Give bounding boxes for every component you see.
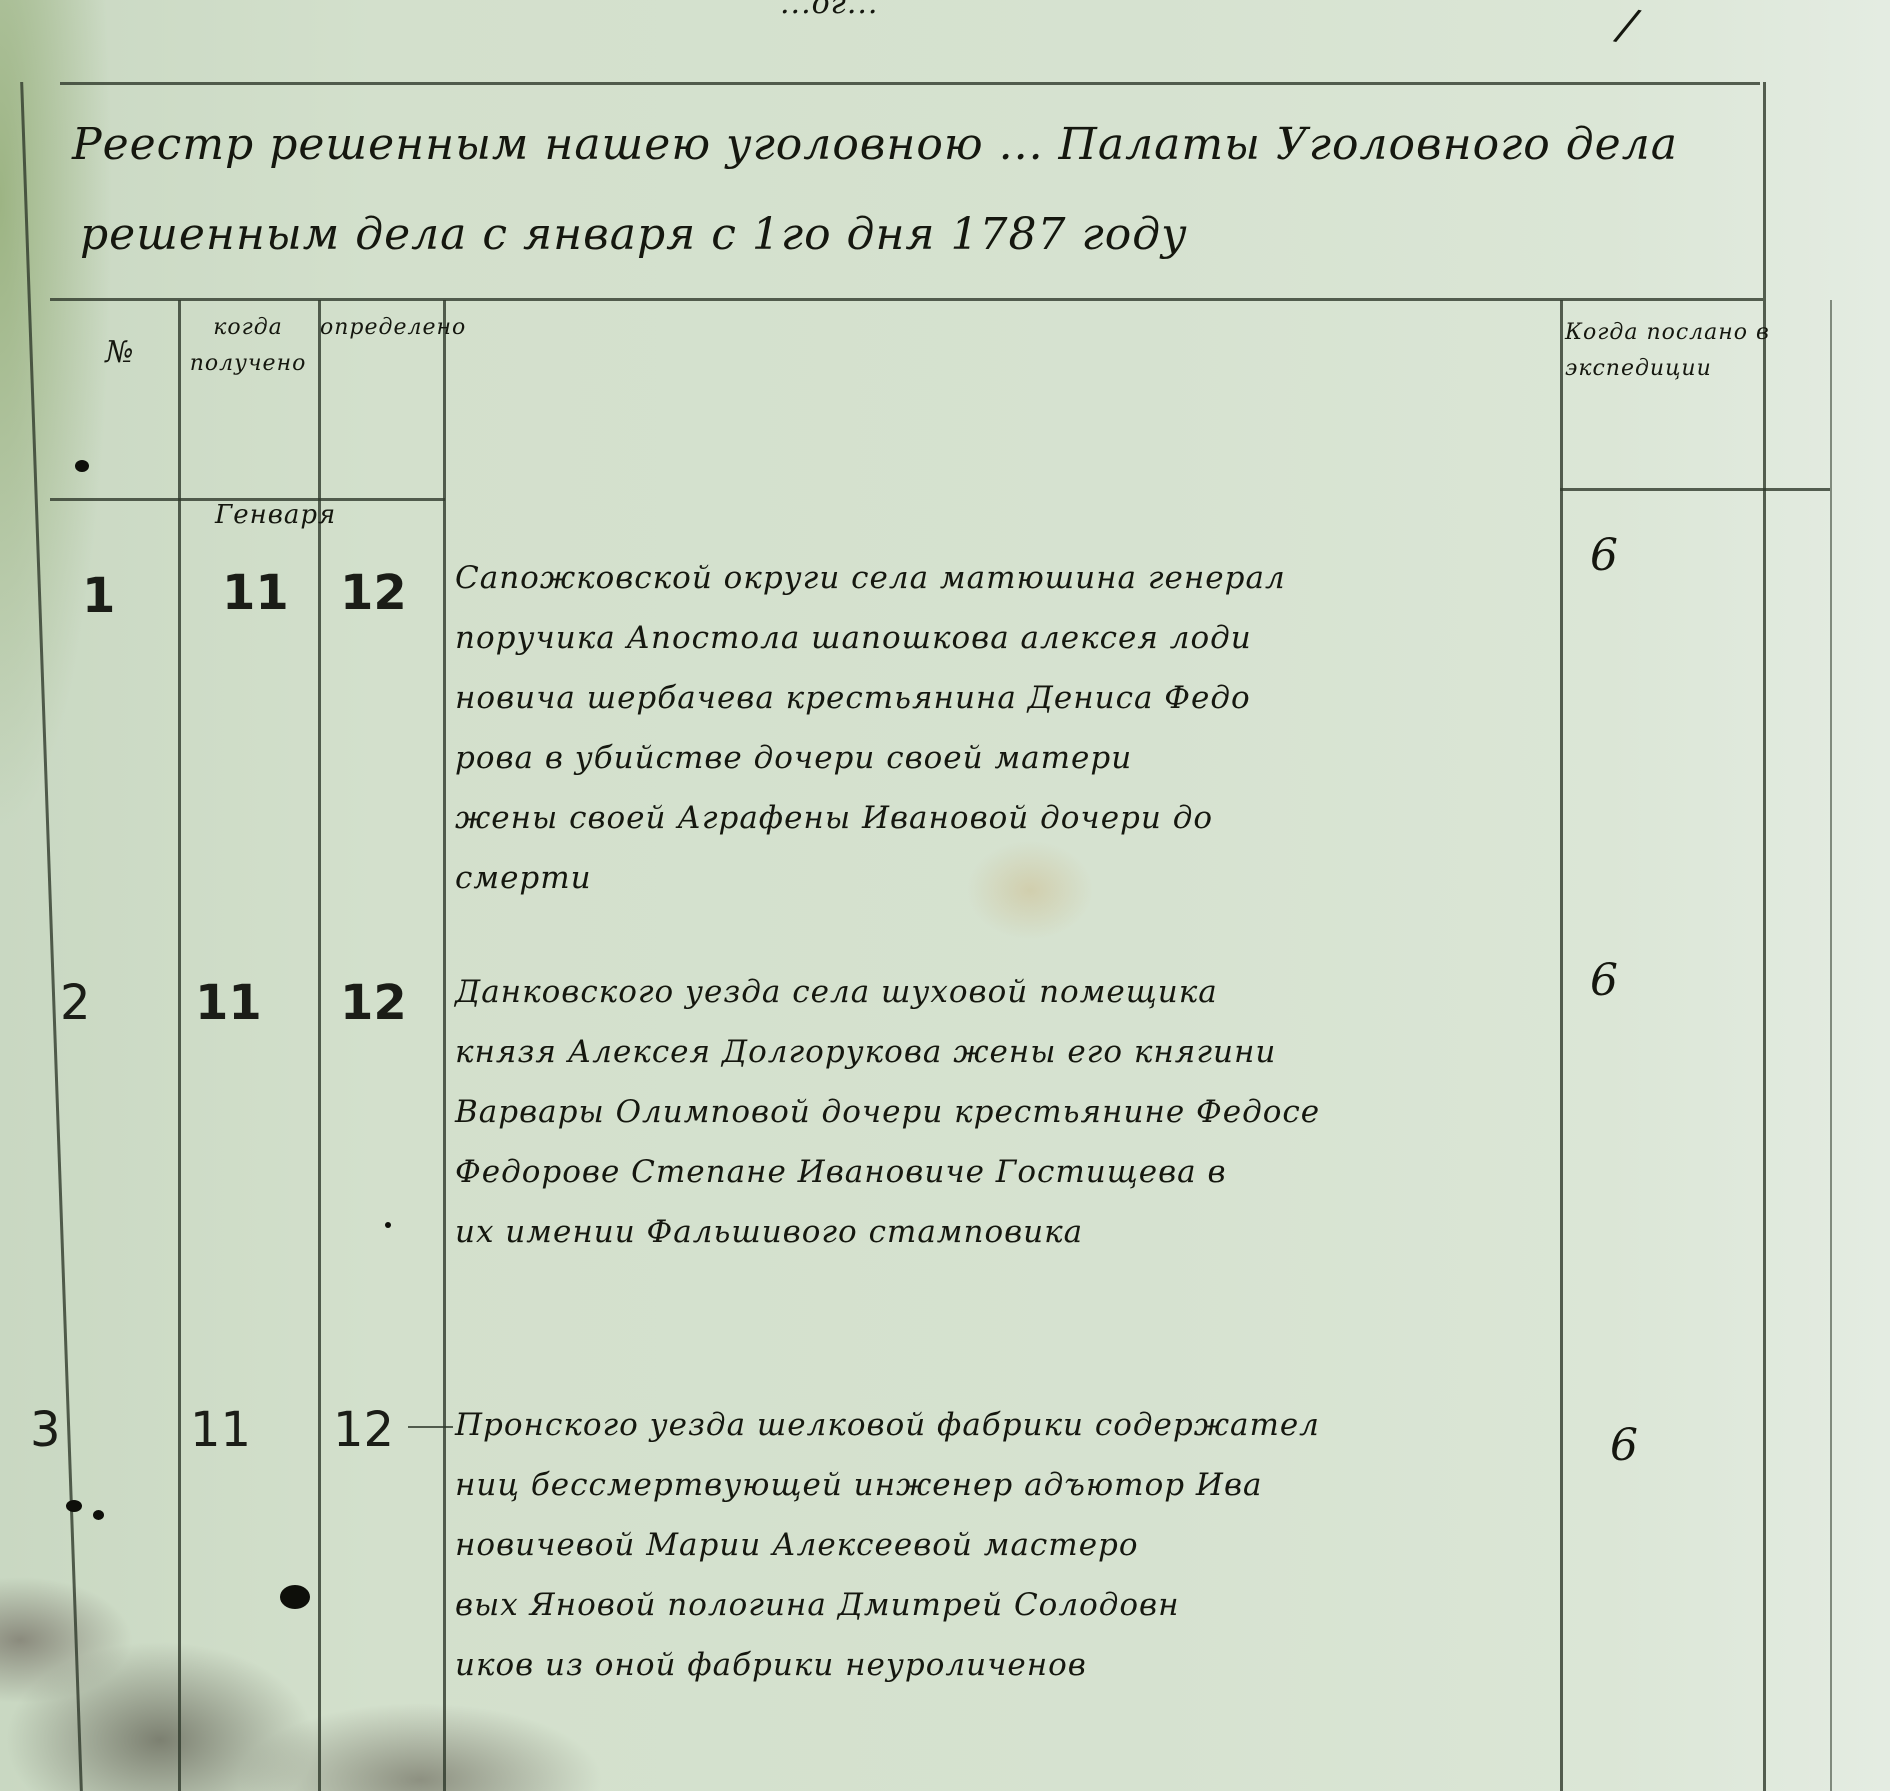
header-bottom-rule-right xyxy=(1560,488,1830,491)
register-page: ...ог... / Реестр решенным нашею уголовн… xyxy=(0,0,1890,1791)
row-2-number: 2 xyxy=(60,975,91,1031)
page-top-fragment: ...ог... xyxy=(780,0,878,21)
row-3-number: 3 xyxy=(30,1402,61,1458)
row-1-line-2: поручика Апостола шапошкова алексея лоди xyxy=(455,608,1605,668)
row-2-received: 11 xyxy=(195,975,262,1031)
row-2-line-3: Варвары Олимповой дочери крестьянине Фед… xyxy=(455,1082,1605,1142)
title-bottom-rule xyxy=(50,298,1763,301)
header-ink-dot xyxy=(75,460,89,472)
row-3-ink-dot-b xyxy=(93,1510,104,1520)
row-3-line-2: ниц бессмертвующей инженер адъютор Ива xyxy=(455,1455,1605,1515)
folio-mark: / xyxy=(1615,0,1641,52)
title-line-2: решенным дела с января с 1го дня 1787 го… xyxy=(80,190,1772,280)
row-2-line-5: их имении Фальшивого стамповика xyxy=(455,1202,1605,1262)
row-1-decided: 12 xyxy=(340,565,407,621)
row-3-remark: 6 xyxy=(1610,1420,1639,1471)
row-3-line-3: новичевой Марии Алексеевой мастеро xyxy=(455,1515,1605,1575)
row-1-line-5: жены своей Аграфены Ивановой дочери до xyxy=(455,788,1605,848)
header-received: когда получено xyxy=(183,310,313,382)
title-line-1: Реестр решенным нашею уголовною ... Пала… xyxy=(72,100,1772,190)
row-2-decided: 12 xyxy=(340,975,407,1031)
row-2-remark: 6 xyxy=(1590,955,1619,1006)
row-3-received: 11 xyxy=(190,1402,251,1458)
row-2-line-2: князя Алексея Долгорукова жены его княги… xyxy=(455,1022,1605,1082)
row-1-line-6: смерти xyxy=(455,848,1605,908)
row-2-line-4: Федорове Степане Ивановиче Гостищева в xyxy=(455,1142,1605,1202)
row-3-ink-dot-a xyxy=(66,1500,82,1512)
row-2-description: Данковского уезда села шуховой помещика … xyxy=(455,962,1605,1262)
row-3-line-5: иков из оной фабрики неуроличенов xyxy=(455,1635,1605,1695)
row-3-decided: 12 xyxy=(333,1402,394,1458)
row-3-line-4: вых Яновой пологина Дмитрей Солодовн xyxy=(455,1575,1605,1635)
row-3-line-1: Пронского уезда шелковой фабрики содержа… xyxy=(455,1395,1605,1455)
header-number: № xyxy=(70,335,170,371)
column-rule-remarks-right xyxy=(1830,300,1832,1791)
header-remarks: Когда послано в экспедиции xyxy=(1565,315,1825,387)
row-2-line-1: Данковского уезда села шуховой помещика xyxy=(455,962,1605,1022)
column-rule-decided xyxy=(443,300,446,1791)
frame-top-rule xyxy=(60,82,1760,85)
row-3-description: Пронского уезда шелковой фабрики содержа… xyxy=(455,1395,1605,1695)
row-2-ink-dot xyxy=(385,1222,391,1228)
row-1-remark: 6 xyxy=(1590,530,1619,581)
column-rule-number xyxy=(178,300,181,1791)
row-1-line-1: Сапожковской округи села матюшина генера… xyxy=(455,548,1605,608)
row-1-number: 1 xyxy=(82,568,115,624)
row-1-description: Сапожковской округи села матюшина генера… xyxy=(455,548,1605,908)
row-1-line-4: рова в убийстве дочери своей матери xyxy=(455,728,1605,788)
register-title: Реестр решенным нашею уголовною ... Пала… xyxy=(72,100,1772,280)
header-decided: определено xyxy=(320,310,440,346)
row-1-received: 11 xyxy=(222,565,289,621)
row-3-ink-blot xyxy=(280,1585,310,1609)
month-label: Генваря xyxy=(215,500,336,530)
row-1-line-3: новича шербачева крестьянина Дениса Федо xyxy=(455,668,1605,728)
row-3-leader-line xyxy=(408,1426,453,1428)
